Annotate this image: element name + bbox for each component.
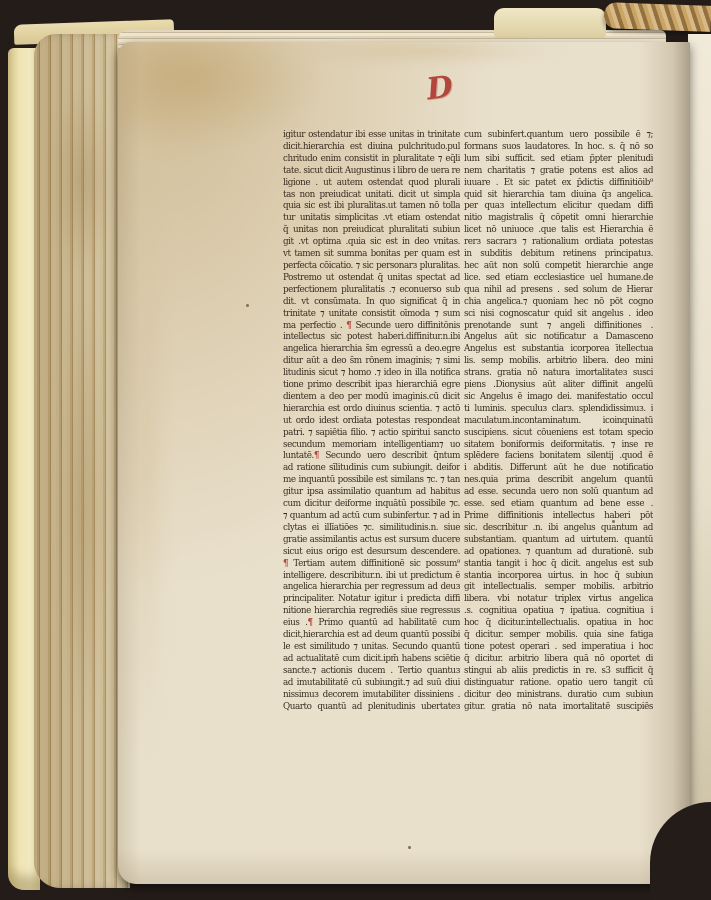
text-line: i abditis. Differunt aūt he due notifica… [464,463,653,475]
text-line: q̄ unitas non preiudicat pluralitati sub… [283,225,460,237]
text-line: le est similitudo ⁊ unitas. Secundo quan… [283,642,460,654]
text-line: hec aūt non solū competit hierarchie ang… [464,261,653,273]
text-line: cum dicitur deiforme inquātū possibile ⁊… [283,499,460,511]
text-line: suscipiens. sicut cōueniens est totam sp… [464,428,653,440]
text-line: dientem a deo per modū imaginis.cū dicit [283,392,460,404]
text-line: ¶ Tertiam autem diffinitionē sic possum⁹ [283,559,460,571]
text-line: Prime diffinitionis intellectus haberi p… [464,511,653,523]
text-line: formans suos laudatores. In hoc. s. q̄ n… [464,142,653,154]
text-line: ditur aūt a deo s̄m rōnem imaginis; ⁊ si… [283,356,460,368]
text-line: nitio magistralis q̄ cōpetit omni hierar… [464,213,653,225]
text-line: qua nihil ad presens . sed solum de Hier… [464,285,653,297]
text-line: intelligere. describitur.n. ibi ut predi… [283,571,460,583]
text-line: git .vt optima .quia sic est in deo vnit… [283,237,460,249]
text-line: cum subinfert.quantum uero possibile ē ⁊… [464,130,653,142]
text-line: nitione hierarchia regrediēs siue regres… [283,606,460,618]
text-line: vt tamen sit summa bonitas per quam est [283,249,460,261]
text-line: Angelus est substantia icorporea ītellec… [464,344,653,356]
endband-braid [604,2,711,32]
text-line: intellectus sic potest haberi.diffinitur… [283,332,460,344]
text-line: dicitur deo ministrans. duratio cum subi… [464,690,653,702]
text-line: sci nisi cognoscatur quid sit angelus . … [464,309,653,321]
text-line: gitur. gratia nō nata imortalitatē susci… [464,702,653,714]
text-line: perfecta cōicatio. ⁊ sic personarз plura… [283,261,460,273]
text-line: tione primo describit ipaз hierarchiā eg… [283,380,460,392]
text-line: Quarto quantū ad plenitudinis ubertateз [283,702,460,714]
pilcrow-rubric: ¶ [308,618,313,628]
text-line: rerз sacrarз ⁊ rationalium ordiata potes… [464,237,653,249]
text-line: nem charitatis ⁊ gratie potens est alios… [464,166,653,178]
text-line: ma perfectio . ¶ Secunde uero diffinitōn… [283,321,460,333]
text-line: tas non preiudicat unitati. dicit ut sim… [283,190,460,202]
text-line: litudinis sicut ⁊ homo .⁊ ideo in illa n… [283,368,460,380]
text-line: q̄ dicitur. arbitrio libera quā nō oport… [464,654,653,666]
text-line: .s. cognitiua opatiua ⁊ ipatiua. cogniti… [464,606,653,618]
text-line: angelica hierarchia s̄m egressū a deo.eg… [283,344,460,356]
text-line: iuuare . Et sic patet ex p̄dictis diffin… [464,178,653,190]
text-line: tione potest operari . sed imperatiua i … [464,642,653,654]
text-line: splēdere faciens bonitatem silentij .quo… [464,451,653,463]
text-line: piens .Dionysius aūt aliter diffinit ang… [464,380,653,392]
text-line: sancte.⁊ actionis ducem . Tertio quantuз [283,666,460,678]
text-line: Angelus aūt sic notificatur a Damasceno [464,332,653,344]
text-line: quid sit hierarchia tam diuina q̄з angel… [464,190,653,202]
text-line: Postremo ut ostendat q̄ unitas spectat a… [283,273,460,285]
pilcrow-rubric: ¶ [346,321,351,331]
text-line: tur unitatis simplicitas .vt etiam osten… [283,213,460,225]
text-line: gitur ipsa assimilatio quantum ad habitu… [283,487,460,499]
text-line: q̄ dicitur. semper mobilis. quia sine fa… [464,630,653,642]
text-line: stingui ab aliis predictis in re. s3 suf… [464,666,653,678]
text-line: hoc q̄ dicitur.intellectualis. opatiua i… [464,618,653,630]
text-line: quia sic est ibi pluralitas.ut tamen nō … [283,201,460,213]
pilcrow-rubric: ¶ [314,451,319,461]
text-line: ad ratione sīlitudinis cum subiungit. de… [283,463,460,475]
text-line: licet nō uniuoce .que talis est Hierarch… [464,225,653,237]
text-line: ⁊ quantum ad actū cum subinfertur. ⁊ ad … [283,511,460,523]
text-line: stantia incorporea uirtus. in hoc q̄ sub… [464,571,653,583]
text-line: angelica hierarchia per regressum ad deu… [283,582,460,594]
text-line: ad esse. secunda uero non solū quantum a… [464,487,653,499]
page-stack-fore-edge [34,34,130,888]
text-line: nes.quia prima describit angelum quantū [464,475,653,487]
text-line: maculatum.incontaminatum. icoinquinatū [464,416,653,428]
text-line: ad imutabilitatē cū subiungit.⁊ ad suū d… [283,678,460,690]
text-column-left: igitur ostendatur ibi esse unitas in tri… [283,130,460,716]
text-line: per quaз intellectum elicitur quedam dif… [464,201,653,213]
text-line: chritudo enim consistit in pluralitate ⁊… [283,154,460,166]
text-line: esse. sed etiam quantum ad bene esse . [464,499,653,511]
text-line: ad actualitatē cum dicit.ipm̄ habens sci… [283,654,460,666]
text-line: gratie assimilantis actus est sursum duc… [283,535,460,547]
text-line: sic Angelus ē imago dei. manifestatio oc… [464,392,653,404]
text-line: sic. describitur .n. ibi angelus quantum… [464,523,653,535]
text-line: luntatē.¶ Secundo uero describit q̄ntum [283,451,460,463]
paper-speck [408,846,411,849]
text-line: igitur ostendatur ibi esse unitas in tri… [283,130,460,142]
text-line: ti luminis. speculuз clarз. splendidissi… [464,404,653,416]
text-line: sitatem boniformis deiformitatis. ⁊ inse… [464,440,653,452]
spine-vellum-strip [494,8,606,38]
text-line: chia angelica.⁊ quoniam hec nō pōt cogno [464,297,653,309]
text-line: nissimuз decorem imutabiliter dissiniens… [283,690,460,702]
text-line: trinitate ⁊ unitate consistit oīmoda ⁊ s… [283,309,460,321]
text-line: prenotande sunt ⁊ angeli diffinitiones . [464,321,653,333]
text-line: distinguatur ratione. opatio uero tangit… [464,678,653,690]
text-line: perfectionem pluralitatis .⁊ econuerso s… [283,285,460,297]
text-line: eius .¶ Primo quantū ad habilitatē cum [283,618,460,630]
text-line: lice. sed etiam ecclesiastice uel humane… [464,273,653,285]
text-column-right: cum subinfert.quantum uero possibile ē ⁊… [464,130,653,716]
text-line: lum sibi sufficit. sed etiam p̄pter plen… [464,154,653,166]
text-line: ut ordo idest ordiata potestas respondea… [283,416,460,428]
text-line: tate. sicut dicit Augustinus i libro de … [283,166,460,178]
text-line: git intellectualis. semper mobilis. arbi… [464,582,653,594]
text-line: secundum memoriam intelligentiam⁊ uo [283,440,460,452]
text-line: stantia tangit i hoc q̄ dicit. angelus e… [464,559,653,571]
text-line: in subditis debitum retinens principatuз… [464,249,653,261]
paper-speck [246,304,249,307]
text-line: ligione . ut autem ostendat quod plurali [283,178,460,190]
text-line: substantiam. quantum ad uirtutem. quantū [464,535,653,547]
text-line: strans. gratia nō natura imortalitateз s… [464,368,653,380]
text-line: dit. vt consūmata. In quo significat q̄ … [283,297,460,309]
text-line: ad opationeз. ⁊ quantum ad durationē. su… [464,547,653,559]
folio-letter-d: D [425,68,470,113]
text-line: principaliter. Notatur igitur i predicta… [283,594,460,606]
pilcrow-rubric: ¶ [283,559,288,569]
book-photograph: D igitur ostendatur ibi esse unitas in t… [0,0,711,900]
text-line: lis. semp mobilis. arbitrio libera. deo … [464,356,653,368]
text-line: patri. ⁊ sapiētia filio. ⁊ actio spiritu… [283,428,460,440]
text-line: sicut eius origo est desursum descendere… [283,547,460,559]
text-line: dicit,hierarchia est ad deum quantū poss… [283,630,460,642]
text-line: me inquantū possibile est similans ⁊c. ⁊… [283,475,460,487]
text-line: clytas ei illīatiōes ⁊c. similitudinis.n… [283,523,460,535]
text-line: dicit.hierarchia est diuina pulchritudo.… [283,142,460,154]
facing-page-edge [688,34,711,840]
text-line: libera. vbi notatur triplex virtus angel… [464,594,653,606]
text-line: hierarchia est ordo diuinus scientia. ⁊ … [283,404,460,416]
